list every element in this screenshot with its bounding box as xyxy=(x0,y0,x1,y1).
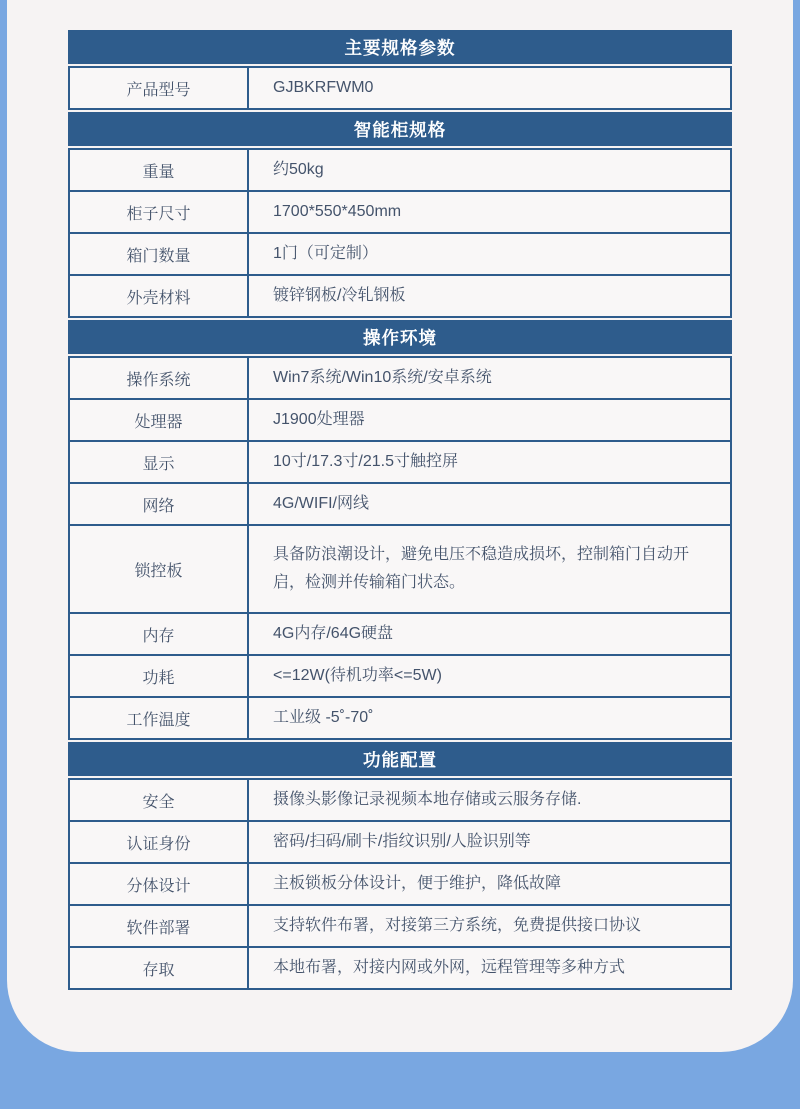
spec-row-label: 重量 xyxy=(70,150,249,190)
spec-row-value: <=12W(待机功率<=5W) xyxy=(249,656,730,696)
spec-row: 软件部署支持软件布署，对接第三方系统，免费提供接口协议 xyxy=(68,904,732,948)
spec-row-label: 处理器 xyxy=(70,400,249,440)
spec-row-value: 具备防浪潮设计，避免电压不稳造成损坏，控制箱门自动开启，检测并传输箱门状态。 xyxy=(249,526,730,612)
spec-row-value: GJBKRFWM0 xyxy=(249,68,730,108)
spec-row-value: 支持软件布署，对接第三方系统，免费提供接口协议 xyxy=(249,906,730,946)
spec-row: 重量约50kg xyxy=(68,148,732,192)
spec-row-label: 功耗 xyxy=(70,656,249,696)
spec-row-value: 4G内存/64G硬盘 xyxy=(249,614,730,654)
spec-row: 箱门数量1门（可定制） xyxy=(68,232,732,276)
section-header: 功能配置 xyxy=(68,742,732,776)
spec-row-value: Win7系统/Win10系统/安卓系统 xyxy=(249,358,730,398)
spec-row-value: 工业级 -5˚-70˚ xyxy=(249,698,730,738)
spec-row-value: 1门（可定制） xyxy=(249,234,730,274)
spec-row-value: 密码/扫码/刷卡/指纹识别/人脸识别等 xyxy=(249,822,730,862)
spec-row-label: 存取 xyxy=(70,948,249,988)
spec-row-value: 约50kg xyxy=(249,150,730,190)
spec-row-label: 内存 xyxy=(70,614,249,654)
spec-row-label: 锁控板 xyxy=(70,526,249,612)
spec-row-value: 摄像头影像记录视频本地存储或云服务存储. xyxy=(249,780,730,820)
section-rows-group: 操作系统Win7系统/Win10系统/安卓系统处理器J1900处理器显示10寸/… xyxy=(68,356,732,740)
spec-row-label: 柜子尺寸 xyxy=(70,192,249,232)
spec-row: 处理器J1900处理器 xyxy=(68,398,732,442)
spec-row: 安全摄像头影像记录视频本地存储或云服务存储. xyxy=(68,778,732,822)
spec-row-value: J1900处理器 xyxy=(249,400,730,440)
spec-card: 主要规格参数产品型号GJBKRFWM0智能柜规格重量约50kg柜子尺寸1700*… xyxy=(7,0,793,1052)
spec-row: 内存4G内存/64G硬盘 xyxy=(68,612,732,656)
spec-row-value: 4G/WIFI/网线 xyxy=(249,484,730,524)
spec-row-label: 外壳材料 xyxy=(70,276,249,316)
section-header: 操作环境 xyxy=(68,320,732,354)
page-background: 主要规格参数产品型号GJBKRFWM0智能柜规格重量约50kg柜子尺寸1700*… xyxy=(0,0,800,1109)
spec-row-label: 工作温度 xyxy=(70,698,249,738)
section-rows-group: 产品型号GJBKRFWM0 xyxy=(68,66,732,110)
spec-row: 显示10寸/17.3寸/21.5寸触控屏 xyxy=(68,440,732,484)
spec-row-value: 镀锌钢板/冷轧钢板 xyxy=(249,276,730,316)
spec-row: 存取本地布署，对接内网或外网，远程管理等多种方式 xyxy=(68,946,732,990)
section-rows-group: 安全摄像头影像记录视频本地存储或云服务存储.认证身份密码/扫码/刷卡/指纹识别/… xyxy=(68,778,732,990)
spec-row-label: 显示 xyxy=(70,442,249,482)
spec-row-value: 本地布署，对接内网或外网，远程管理等多种方式 xyxy=(249,948,730,988)
spec-row: 柜子尺寸1700*550*450mm xyxy=(68,190,732,234)
spec-row: 锁控板具备防浪潮设计，避免电压不稳造成损坏，控制箱门自动开启，检测并传输箱门状态… xyxy=(68,524,732,614)
spec-row-label: 网络 xyxy=(70,484,249,524)
spec-row-label: 安全 xyxy=(70,780,249,820)
section-rows-group: 重量约50kg柜子尺寸1700*550*450mm箱门数量1门（可定制）外壳材料… xyxy=(68,148,732,318)
spec-row-label: 认证身份 xyxy=(70,822,249,862)
section-header: 智能柜规格 xyxy=(68,112,732,146)
spec-row: 工作温度工业级 -5˚-70˚ xyxy=(68,696,732,740)
spec-row-label: 箱门数量 xyxy=(70,234,249,274)
spec-row: 分体设计主板锁板分体设计，便于维护，降低故障 xyxy=(68,862,732,906)
spec-row-value: 主板锁板分体设计，便于维护，降低故障 xyxy=(249,864,730,904)
spec-row: 认证身份密码/扫码/刷卡/指纹识别/人脸识别等 xyxy=(68,820,732,864)
spec-row-label: 产品型号 xyxy=(70,68,249,108)
spec-row: 产品型号GJBKRFWM0 xyxy=(68,66,732,110)
spec-row-label: 操作系统 xyxy=(70,358,249,398)
spec-row: 操作系统Win7系统/Win10系统/安卓系统 xyxy=(68,356,732,400)
spec-row-value: 10寸/17.3寸/21.5寸触控屏 xyxy=(249,442,730,482)
spec-row-value: 1700*550*450mm xyxy=(249,192,730,232)
spec-row-label: 软件部署 xyxy=(70,906,249,946)
spec-row-label: 分体设计 xyxy=(70,864,249,904)
spec-row: 功耗<=12W(待机功率<=5W) xyxy=(68,654,732,698)
spec-row: 网络4G/WIFI/网线 xyxy=(68,482,732,526)
spec-row: 外壳材料镀锌钢板/冷轧钢板 xyxy=(68,274,732,318)
section-header: 主要规格参数 xyxy=(68,30,732,64)
spec-table: 主要规格参数产品型号GJBKRFWM0智能柜规格重量约50kg柜子尺寸1700*… xyxy=(68,30,732,992)
